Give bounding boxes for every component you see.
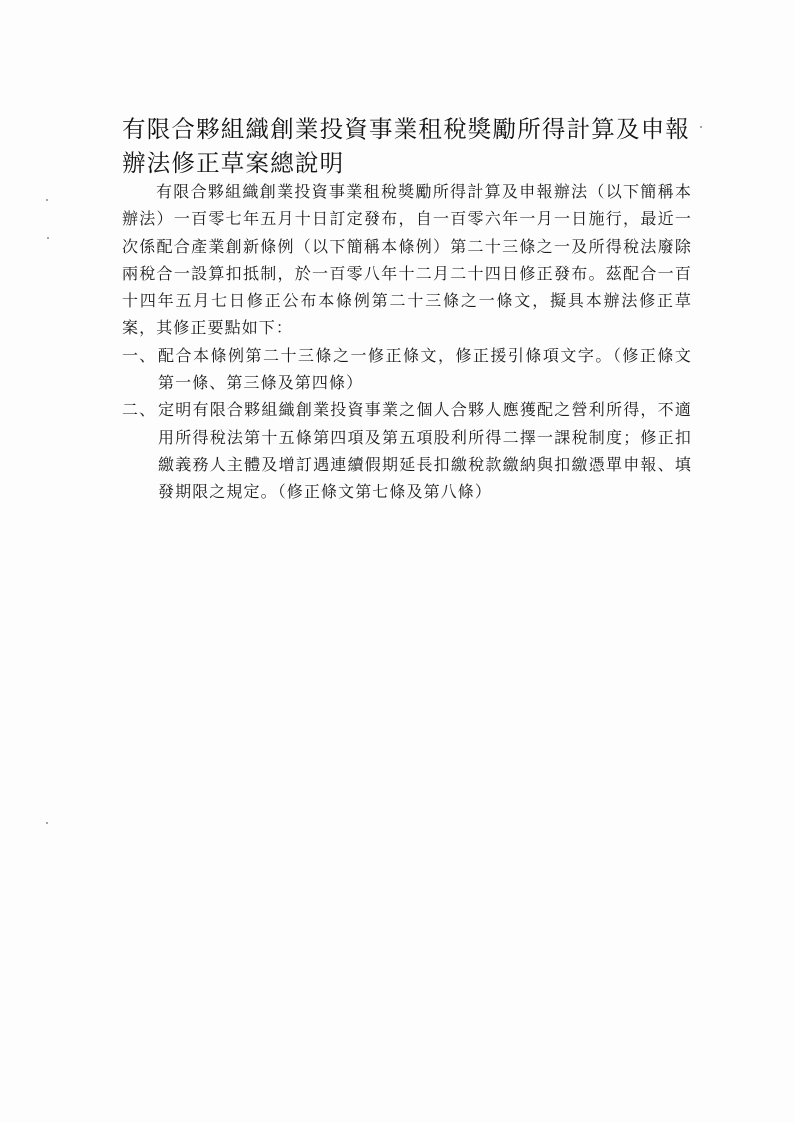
point-text: 配合本條例第二十三條之一修正條文，修正援引條項文字。（修正條文第一條、第三條及第…: [158, 346, 692, 392]
document-title: 有限合夥組織創業投資事業租稅獎勵所得計算及申報辦法修正草案總說明: [122, 112, 702, 180]
scan-speck: [46, 822, 48, 824]
point-text: 定明有限合夥組織創業投資事業之個人合夥人應獲配之營利所得，不適用所得稅法第十五條…: [158, 400, 692, 501]
scan-speck: [700, 126, 702, 128]
intro-paragraph: 有限合夥組織創業投資事業租稅獎勵所得計算及申報辦法（以下簡稱本辦法）一百零七年五…: [122, 178, 692, 342]
amendment-points-list: 一、 配合本條例第二十三條之一修正條文，修正援引條項文字。（修正條文第一條、第三…: [122, 342, 692, 506]
point-number: 一、: [122, 342, 156, 369]
document-body: 有限合夥組織創業投資事業租稅獎勵所得計算及申報辦法（以下簡稱本辦法）一百零七年五…: [122, 178, 692, 506]
scan-speck: [47, 237, 49, 239]
document-page: 有限合夥組織創業投資事業租稅獎勵所得計算及申報辦法修正草案總說明 有限合夥組織創…: [0, 0, 794, 1123]
amendment-point: 二、 定明有限合夥組織創業投資事業之個人合夥人應獲配之營利所得，不適用所得稅法第…: [122, 396, 692, 505]
scan-speck: [46, 199, 48, 201]
amendment-point: 一、 配合本條例第二十三條之一修正條文，修正援引條項文字。（修正條文第一條、第三…: [122, 342, 692, 397]
point-number: 二、: [122, 396, 156, 423]
